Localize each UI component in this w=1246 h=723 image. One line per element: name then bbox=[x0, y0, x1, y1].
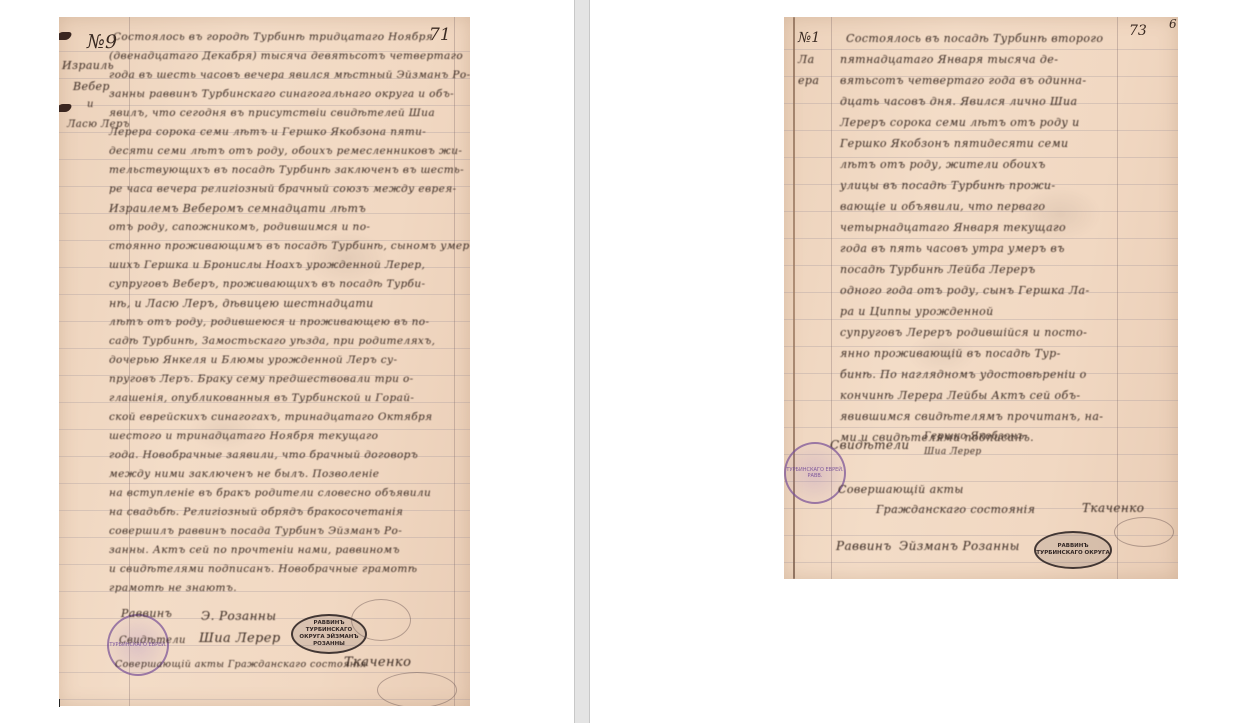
witness-signature: Шиа Лерер bbox=[924, 447, 982, 457]
rabbi-signature: Эйзманъ Розанны bbox=[899, 539, 1020, 553]
margin-line-right bbox=[1117, 17, 1118, 579]
ghost-signature-flourish bbox=[1114, 517, 1174, 547]
margin-line-right bbox=[454, 17, 455, 706]
registrar-signature: Ткаченко bbox=[344, 655, 411, 670]
rabbi-label: Раввинъ bbox=[836, 539, 892, 553]
registrar-title: Гражданскаго состоянія bbox=[876, 503, 1035, 516]
margin-name: ера bbox=[798, 74, 819, 87]
witness-signature: Гершко Якобзонъ bbox=[924, 431, 1024, 442]
registrar-label: Совершающій акты Гражданскаго состоянія bbox=[115, 659, 367, 670]
page-spread-divider[interactable] bbox=[574, 0, 590, 723]
registrar-label: Совершающій акты bbox=[838, 483, 964, 496]
witnesses-label: Свидѣтели bbox=[830, 438, 910, 452]
ghost-stamp-impression bbox=[351, 599, 411, 641]
margin-name: и bbox=[87, 99, 94, 110]
corner-mark: 6 bbox=[1169, 17, 1177, 31]
rabbi-oval-stamp: РАВВИНЪ ТУРБИНСКАГО ОКРУГА bbox=[1034, 531, 1112, 569]
margin-name: Вебер bbox=[73, 80, 110, 93]
witnesses-label: Свидѣтели bbox=[119, 635, 186, 646]
record-number: №1 bbox=[798, 30, 820, 46]
ghost-signature-flourish bbox=[377, 672, 457, 706]
page-corner-mark bbox=[59, 699, 60, 707]
rabbi-label: Раввинъ bbox=[121, 607, 172, 620]
round-seal-stamp: ТУРБИНСКАГО ЕВРЕЙ. РАВВ. bbox=[784, 442, 846, 504]
witness-signature: Шиа Лерер bbox=[199, 631, 281, 646]
folio-number: 73 bbox=[1129, 23, 1147, 39]
registrar-signature: Ткаченко bbox=[1082, 501, 1144, 515]
margin-name: Израиль bbox=[62, 59, 114, 72]
document-page-left: 71 №9 Израиль Вебер и Ласю Леръ Состояло… bbox=[59, 17, 470, 706]
rabbi-signature: Э. Розанны bbox=[201, 609, 276, 623]
document-page-right: 73 6 №1 Ла ера Состоялось въ посадѣ Турб… bbox=[784, 17, 1178, 579]
margin-name: Ла bbox=[798, 53, 815, 66]
